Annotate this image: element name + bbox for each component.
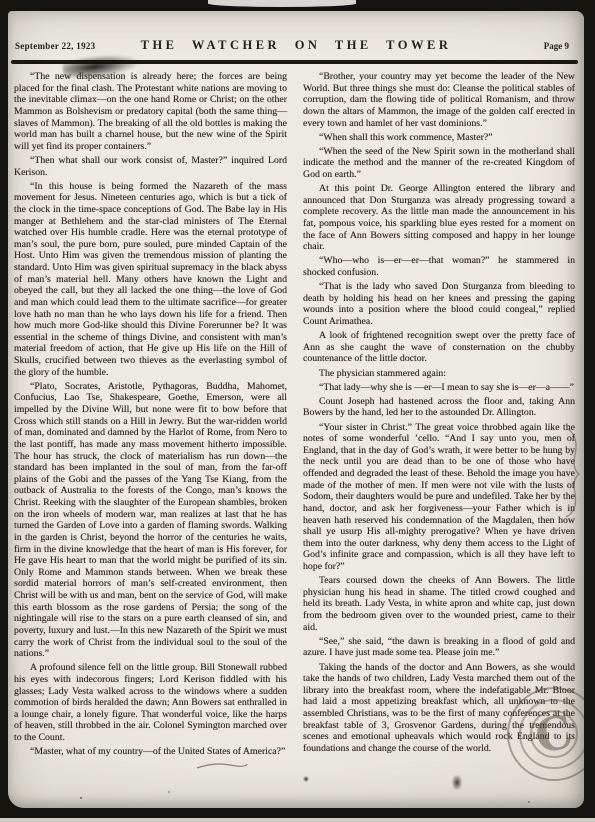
paragraph: “Who—who is—er—er—that woman?” he stamme… — [303, 255, 575, 278]
scan-edge-strip — [0, 818, 595, 822]
seal-glyph: C — [501, 681, 584, 788]
ink-speck — [168, 791, 170, 793]
paragraph: A profound silence fell on the little gr… — [14, 662, 287, 743]
paragraph: “When the seed of the New Spirit sown in… — [303, 146, 575, 181]
paragraph: “That lady—why she is —er—I mean to say … — [303, 382, 575, 394]
right-column: “Brother, your country may yet become th… — [303, 71, 575, 757]
paragraph: “Brother, your country may yet become th… — [303, 71, 575, 129]
paragraph: A look of frightened recognition swept o… — [303, 330, 575, 365]
paragraph: Tears coursed down the cheeks of Ann Bow… — [303, 575, 575, 633]
scanned-page-screenshot: { "header": { "date": "September 22, 192… — [0, 0, 595, 822]
newspaper-page: September 22, 1923 THE WATCHER ON THE TO… — [8, 11, 584, 808]
ink-speck — [80, 797, 82, 799]
paragraph: “In this house is being formed the Nazar… — [14, 181, 287, 379]
page-number: Page 9 — [544, 41, 569, 51]
paragraph: “See,” she said, “the dawn is breaking i… — [303, 636, 575, 659]
paragraph: “When shall this work commence, Master?” — [303, 132, 575, 144]
paragraph: “That is the lady who saved Don Sturganz… — [303, 281, 575, 328]
ink-speck — [303, 776, 309, 782]
ink-speck — [452, 775, 462, 790]
paragraph: “Master, what of my country—of the Unite… — [14, 746, 287, 758]
paragraph: “Then what shall our work consist of, Ma… — [14, 155, 287, 178]
paragraph: “Your sister in Christ.” The great voice… — [303, 422, 575, 573]
paragraph: “Plato, Socrates, Aristotle, Pythagoras,… — [14, 381, 287, 660]
ink-speck — [528, 801, 530, 803]
pen-underline-mark — [196, 759, 248, 777]
scan-edge-notch — [208, 0, 356, 7]
pen-brace-mark — [564, 427, 584, 524]
paragraph: At this point Dr. George Allington enter… — [303, 183, 575, 253]
paragraph: “The new dispensation is already here; t… — [14, 71, 287, 152]
embossed-seal-icon: C — [507, 687, 584, 781]
left-column: “The new dispensation is already here; t… — [14, 71, 287, 760]
paragraph: The physician stammered again: — [303, 368, 575, 380]
paragraph: Count Joseph had hastened across the flo… — [303, 396, 575, 419]
publication-title: THE WATCHER ON THE TOWER — [8, 38, 584, 53]
